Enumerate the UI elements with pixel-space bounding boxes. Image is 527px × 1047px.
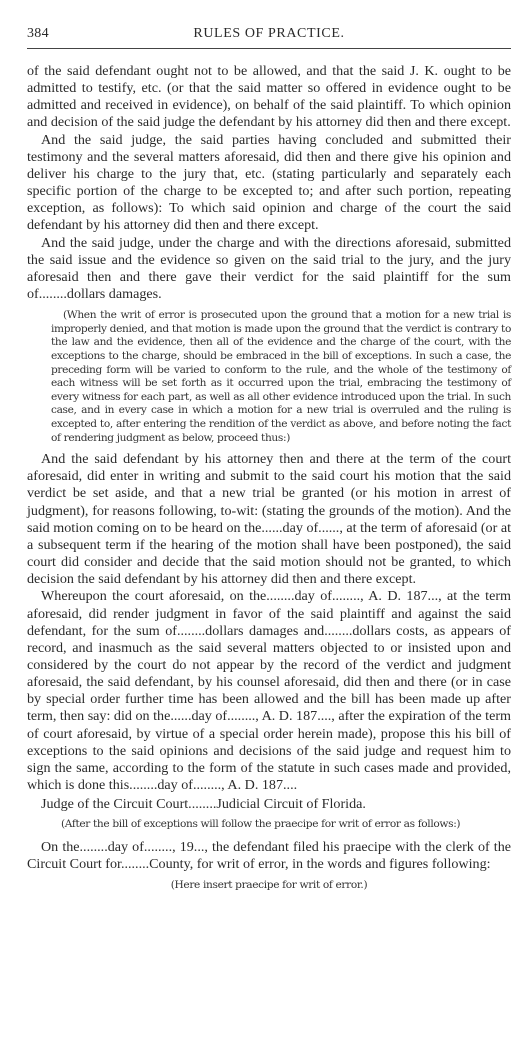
running-title: RULES OF PRACTICE.: [27, 26, 511, 42]
document-page: 384 RULES OF PRACTICE. of the said defen…: [27, 22, 511, 899]
note-new-trial-motion: (When the writ of error is prosecuted up…: [51, 309, 511, 445]
header-rule: [27, 48, 511, 49]
judge-signature-line: Judge of the Circuit Court........Judici…: [27, 796, 511, 813]
paragraph-judgment: Whereupon the court aforesaid, on the...…: [27, 588, 511, 794]
note-praecipe: (After the bill of exceptions will follo…: [49, 818, 511, 832]
paragraph-charge-to-jury: And the said judge, the said parties hav…: [27, 132, 511, 235]
running-header: 384 RULES OF PRACTICE.: [27, 22, 511, 44]
paragraph-continuation: of the said defendant ought not to be al…: [27, 63, 511, 132]
note-insert-praecipe: (Here insert praecipe for writ of error.…: [27, 879, 511, 893]
paragraph-praecipe-filed: On the........day of........, 19..., the…: [27, 839, 511, 873]
paragraph-motion-new-trial: And the said defendant by his attorney t…: [27, 451, 511, 588]
paragraph-verdict: And the said judge, under the charge and…: [27, 235, 511, 304]
